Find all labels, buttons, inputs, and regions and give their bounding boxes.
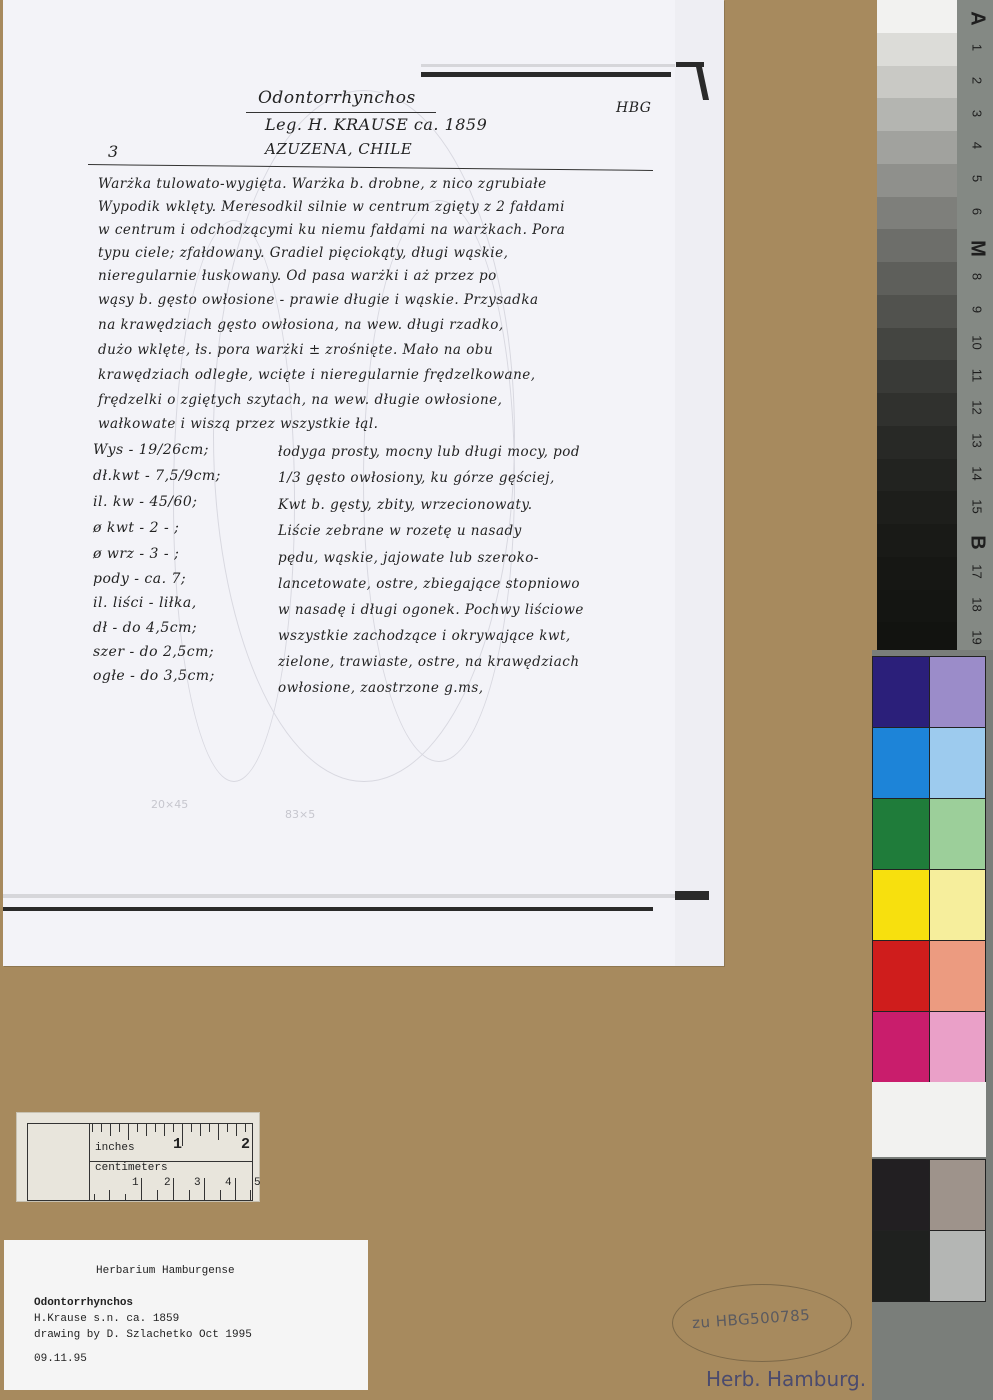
color-patch-cyan	[872, 727, 930, 799]
gray-step-label: 14	[970, 459, 985, 487]
description-line-right: 1/3 gęsto owłosiony, ku górze gęściej,	[278, 470, 555, 486]
color-patch-3/color-light	[929, 1159, 986, 1231]
cm-mark: 1	[132, 1177, 139, 1189]
gray-step-label: B	[966, 529, 989, 557]
gray-patch	[877, 229, 957, 263]
gray-patch	[877, 295, 957, 329]
locality-line: AZUZENA, CHILE	[265, 140, 412, 158]
gray-step-label: M	[966, 234, 989, 262]
gray-patch	[877, 360, 957, 394]
photocopy-edge-soft	[421, 64, 675, 67]
gray-step-label: 18	[970, 590, 985, 618]
description-line-right: lancetowate, ostre, zbiegające stopniowo	[278, 576, 580, 592]
photocopy-bottom-mark	[675, 891, 709, 900]
drawing-credit: drawing by D. Szlachetko Oct 1995	[34, 1329, 252, 1341]
genus-underline	[246, 112, 436, 113]
gray-patch	[877, 33, 957, 67]
measurement-line: ogłe - do 3,5cm;	[93, 668, 215, 684]
measurement-line: szer - do 2,5cm;	[93, 644, 214, 660]
gray-patch	[877, 524, 957, 558]
gray-patch	[877, 557, 957, 591]
description-line-right: w nasadę i długi ogonek. Pochwy liściowe	[278, 602, 584, 618]
description-line: Warżka tulowato-wygięta. Warżka b. drobn…	[98, 176, 547, 192]
herbarium-stamp: Herb. Hamburg.	[706, 1367, 866, 1391]
color-patch-3/color	[872, 1159, 930, 1231]
description-line: krawędziach odległe, wcięte i nieregular…	[98, 367, 536, 383]
label-date: 09.11.95	[34, 1353, 87, 1365]
gray-scale-chart: A123456M89101112131415B171819	[877, 0, 993, 655]
gray-step-label: 11	[970, 361, 985, 389]
color-patch-white	[872, 1082, 986, 1157]
description-line: wąsy b. gęsto owłosione - prawie długie …	[98, 292, 539, 308]
description-line: typu ciele; zfałdowany. Gradiel pięcioką…	[98, 245, 508, 261]
cm-mark: 5	[254, 1177, 261, 1189]
herbarium-label: Herbarium Hamburgense Odontorrhynchos H.…	[4, 1240, 368, 1390]
gray-patch	[877, 590, 957, 624]
measurement-line: pody - ca. 7;	[93, 571, 186, 587]
gray-patch	[877, 262, 957, 296]
description-line-right: wszystkie zachodzące i okrywające kwt,	[278, 628, 571, 644]
inch-mark: 2	[241, 1136, 250, 1153]
color-patch-red-light	[929, 940, 986, 1012]
measurement-line: ø kwt - 2 - ;	[93, 520, 179, 536]
ruler-frame: inches 1 2 centimeters 1 2 3 4 5	[27, 1123, 253, 1201]
gray-patch	[877, 426, 957, 460]
institution-name: Herbarium Hamburgense	[96, 1265, 235, 1277]
gray-step-label: 13	[970, 427, 985, 455]
gray-step-label: 9	[970, 296, 985, 324]
description-line-right: łodyga prosty, mocny lub długi mocy, pod	[278, 444, 580, 460]
gray-patch	[877, 197, 957, 231]
description-line: nieregularnie łuskowany. Od pasa warżki …	[98, 268, 497, 284]
cm-mark: 2	[164, 1177, 171, 1189]
description-line: Wypodik wklęty. Meresodkil silnie w cent…	[98, 199, 565, 215]
gray-step-label: 3	[970, 99, 985, 127]
sheet-number: 3	[108, 142, 119, 161]
photocopy-bottom-bar	[3, 907, 653, 911]
gray-step-label: 17	[970, 558, 985, 586]
description-line-right: owłosione, zaostrzone g.ms,	[278, 680, 484, 696]
scale-ruler: inches 1 2 centimeters 1 2 3 4 5	[16, 1112, 260, 1202]
color-patch-yellow	[872, 869, 930, 941]
gray-step-label: 10	[970, 328, 985, 356]
measurement-line: il. liści - liłka,	[93, 595, 197, 611]
gray-patch	[877, 328, 957, 362]
color-patch-magenta-light	[929, 1011, 986, 1083]
ruler-blank-box	[28, 1124, 90, 1200]
gray-patch	[877, 393, 957, 427]
color-patch-red	[872, 940, 930, 1012]
cm-mark: 3	[194, 1177, 201, 1189]
pencil-mark: 20×45	[151, 798, 188, 811]
description-line: dużo wklęte, łs. pora warżki ± zrośnięte…	[98, 342, 493, 358]
photocopy-bottom-soft	[3, 894, 675, 898]
gray-step-label: 1	[970, 34, 985, 62]
gray-step-label: A	[966, 5, 989, 33]
color-patch-black-light	[929, 1230, 986, 1302]
herbarium-code: HBG	[616, 100, 651, 116]
gray-step-label: 12	[970, 394, 985, 422]
collector-line: Leg. H. KRAUSE ca. 1859	[265, 115, 487, 134]
cm-mark: 4	[225, 1177, 232, 1189]
description-line: na krawędziach gęsto owłosiona, na wew. …	[98, 317, 504, 333]
taxon-name: Odontorrhynchos	[34, 1297, 133, 1309]
handwritten-description-sheet: 20×45 83×5 Odontorrhynchos Leg. H. KRAUS…	[3, 0, 724, 966]
color-patch-blue	[872, 656, 930, 728]
photocopy-edge-bar	[421, 72, 671, 77]
pencil-mark: 83×5	[285, 808, 315, 821]
gray-patch	[877, 164, 957, 198]
gray-patch	[877, 459, 957, 493]
photocopy-shadow	[675, 0, 724, 966]
gray-step-label: 5	[970, 165, 985, 193]
description-line: w centrum i odchodzącymi ku niemu fałdam…	[98, 222, 565, 238]
color-patch-blue-light	[929, 656, 986, 728]
description-line-right: zielone, trawiaste, ostre, na krawędziac…	[278, 654, 580, 670]
measurement-line: il. kw - 45/60;	[93, 494, 198, 510]
gray-patch	[877, 66, 957, 100]
description-line-right: Kwt b. gęsty, zbity, wrzecionowaty.	[278, 497, 533, 513]
measurement-line: Wys - 19/26cm;	[93, 442, 209, 458]
color-patch-green	[872, 798, 930, 870]
color-patch-yellow-light	[929, 869, 986, 941]
gray-patch	[877, 491, 957, 525]
color-patch-magenta	[872, 1011, 930, 1083]
gray-patch	[877, 0, 957, 34]
gray-step-label: 19	[970, 623, 985, 651]
color-patch-cyan-light	[929, 727, 986, 799]
color-patch-black	[872, 1230, 930, 1302]
measurement-line: ø wrz - 3 - ;	[93, 546, 179, 562]
genus-heading: Odontorrhynchos	[258, 88, 416, 108]
gray-patch	[877, 131, 957, 165]
inches-label: inches	[95, 1142, 135, 1154]
description-line-right: Liście zebrane w rozetę u nasady	[278, 523, 522, 539]
measurement-line: dł - do 4,5cm;	[93, 620, 197, 636]
description-line: frędzelki o zgiętych szytach, na wew. dł…	[98, 392, 502, 408]
gray-step-label: 4	[970, 132, 985, 160]
gray-patch	[877, 98, 957, 132]
inch-mark: 1	[173, 1136, 182, 1153]
gray-step-label: 8	[970, 263, 985, 291]
collector-info: H.Krause s.n. ca. 1859	[34, 1313, 179, 1325]
color-patch-green-light	[929, 798, 986, 870]
description-line: wałkowate i wiszą przez wszystkie łąl.	[98, 416, 378, 432]
centimeters-label: centimeters	[95, 1162, 168, 1174]
gray-step-label: 6	[970, 197, 985, 225]
description-line-right: pędu, wąskie, jajowate lub szeroko-	[278, 550, 539, 566]
color-calibration-chart	[872, 650, 993, 1400]
measurement-line: dł.kwt - 7,5/9cm;	[93, 468, 221, 484]
gray-step-label: 15	[970, 492, 985, 520]
gray-step-label: 2	[970, 66, 985, 94]
